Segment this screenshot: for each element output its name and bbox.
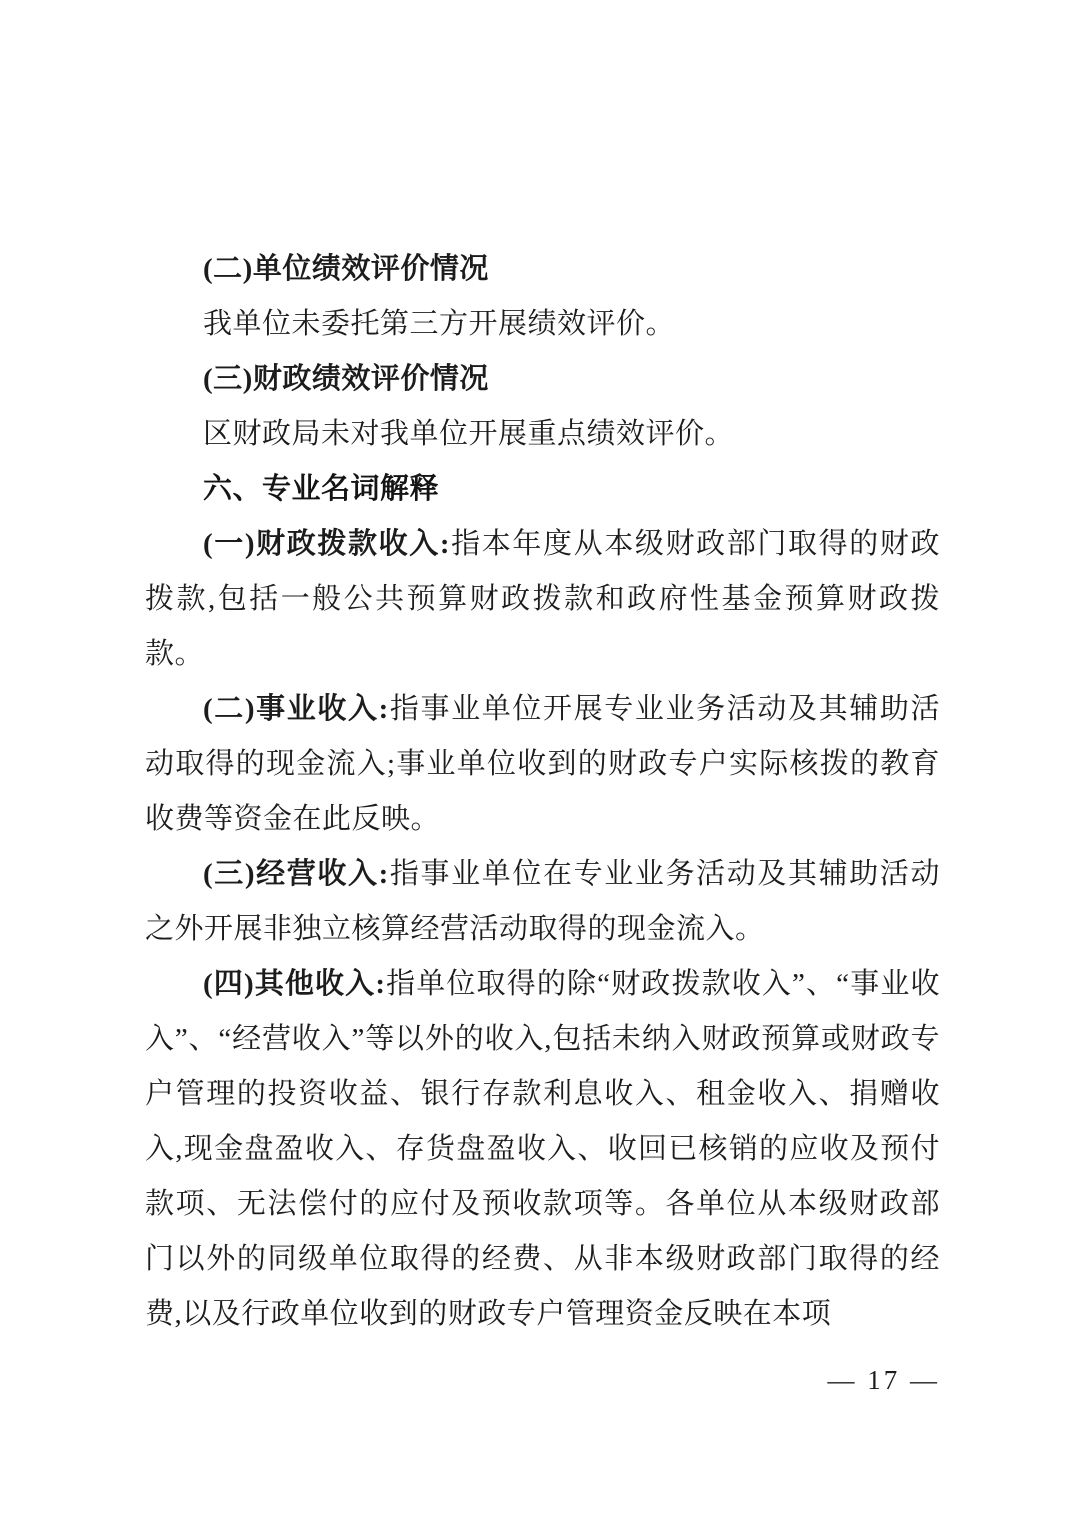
page-number: — 17 — [828,1360,941,1400]
term-definition-operational-income: (二)事业收入:指事业单位开展专业业务活动及其辅助活动取得的现金流入;事业单位收… [145,682,940,847]
subheading-fiscal-performance-evaluation: (三)财政绩效评价情况 [145,352,940,407]
term-lead-operational-income: (二)事业收入: [203,693,389,725]
document-page: (二)单位绩效评价情况 我单位未委托第三方开展绩效评价。 (三)财政绩效评价情况… [0,0,1074,1520]
term-lead-other-income: (四)其他收入: [203,968,385,1000]
term-definition-other-income: (四)其他收入:指单位取得的除“财政拨款收入”、“事业收入”、“经营收入”等以外… [145,957,940,1342]
term-lead-business-income: (三)经营收入: [203,858,389,890]
subheading-unit-performance-evaluation: (二)单位绩效评价情况 [145,242,940,297]
term-text-other-income: 指单位取得的除“财政拨款收入”、“事业收入”、“经营收入”等以外的收入,包括未纳… [145,968,940,1330]
paragraph-unit-performance-evaluation: 我单位未委托第三方开展绩效评价。 [145,297,940,352]
section-heading-terminology: 六、专业名词解释 [145,462,940,517]
term-definition-business-income: (三)经营收入:指事业单位在专业业务活动及其辅助活动之外开展非独立核算经营活动取… [145,847,940,957]
term-lead-fiscal-appropriation-income: (一)财政拨款收入: [203,528,450,560]
paragraph-fiscal-performance-evaluation: 区财政局未对我单位开展重点绩效评价。 [145,407,940,462]
term-definition-fiscal-appropriation-income: (一)财政拨款收入:指本年度从本级财政部门取得的财政拨款,包括一般公共预算财政拨… [145,517,940,682]
